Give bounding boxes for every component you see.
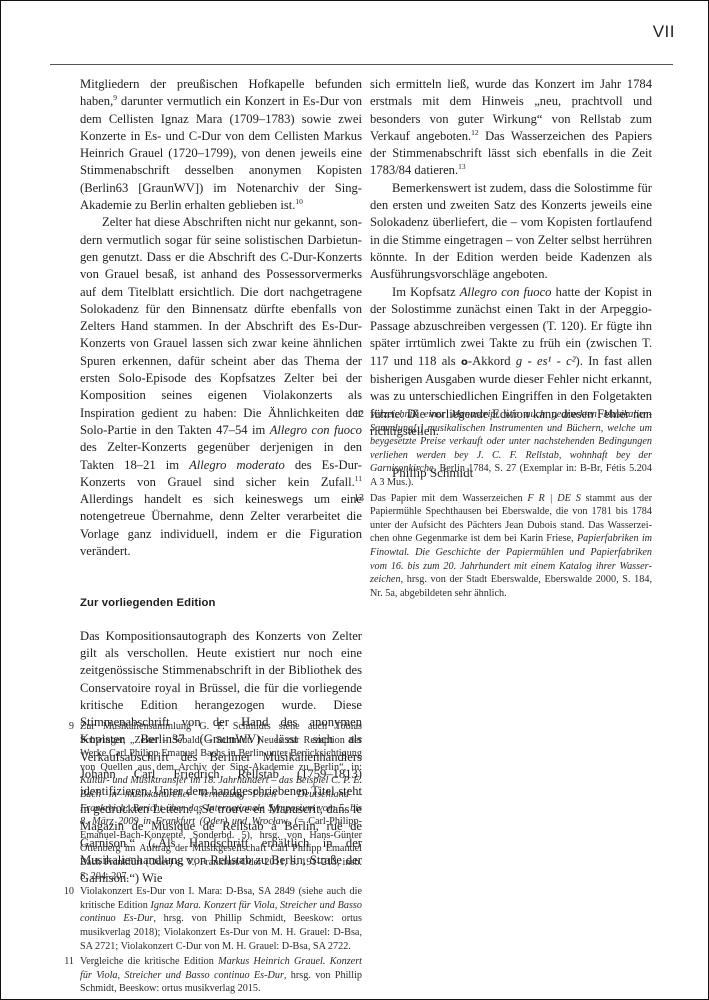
footnote-13: 13 Das Papier mit dem Wasserzeichen F R … [370, 492, 652, 601]
footnote-ref-10[interactable]: 10 [295, 197, 303, 206]
page-number: VII [653, 22, 675, 42]
paragraph-continuation: Mitgliedern der preußischen Hofkapelle b… [80, 76, 362, 214]
header-rule [50, 64, 673, 65]
footnote-9: 9 Zur Musikaliensammlung G. F. Schmidts … [58, 720, 362, 883]
footnote-10: 10 Violakonzert Es-Dur von I. Mara: D-Bs… [58, 885, 362, 953]
whole-note-icon: o [461, 357, 468, 368]
section-heading: Zur vorliegenden Edition [80, 595, 362, 612]
footnote-ref-12[interactable]: 12 [471, 128, 479, 137]
paragraph-continuation-right: sich ermitteln ließ, wurde das Konzert i… [370, 76, 652, 180]
footnote-11: 11 Vergleiche die kritische Edition Mark… [58, 955, 362, 996]
footnotes-right: 12 Verzeichniß einer Manuscript wie auch… [370, 408, 652, 602]
footnotes-left: 9 Zur Musikaliensammlung G. F. Schmidts … [58, 720, 362, 998]
paragraph-solokadenz: Bemerkenswert ist zudem, dass die Solost… [370, 180, 652, 284]
footnote-12: 12 Verzeichniß einer Manuscript wie auch… [370, 408, 652, 490]
footnote-ref-13[interactable]: 13 [458, 162, 466, 171]
paragraph-zelter: Zelter hat diese Abschriften nicht nur g… [80, 214, 362, 560]
